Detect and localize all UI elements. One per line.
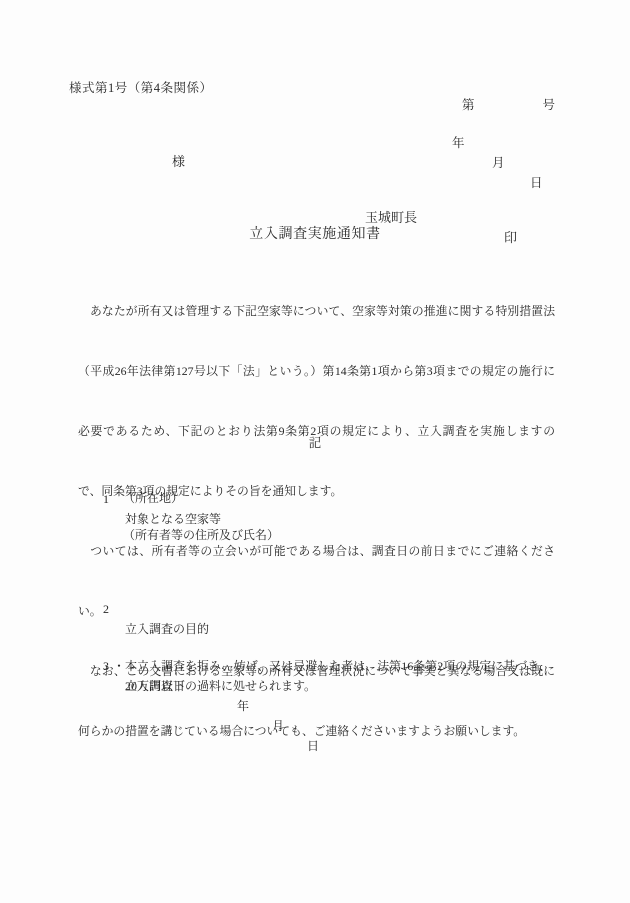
body-line: （平成26年法律第127号以下「法」という。）第14条第1項から第3項までの規定… bbox=[78, 361, 555, 381]
notice-document-page: 様式第1号（第4条関係） 第 号 年 月 日 様 玉城町長 印 立入調査実施通知… bbox=[0, 0, 630, 903]
item2-number: 2 bbox=[103, 599, 109, 619]
addressee-honorific: 様 bbox=[172, 152, 185, 172]
item2-row: 2 立入調査の目的 bbox=[0, 579, 630, 599]
date-month-label: 月 bbox=[492, 153, 505, 173]
document-number-prefix: 第 bbox=[462, 95, 475, 115]
form-number-label: 様式第1号（第4条関係） bbox=[69, 78, 213, 98]
penalty-note-line2: 20万円以下の過料に処せられます。 bbox=[125, 676, 316, 696]
sender-line: 玉城町長 印 bbox=[0, 188, 630, 208]
inspection-date-month-label: 月 bbox=[272, 716, 284, 736]
document-number-line: 第 号 bbox=[462, 95, 555, 115]
document-number-suffix: 号 bbox=[542, 95, 555, 115]
date-year-label: 年 bbox=[452, 133, 465, 153]
body-line: あなたが所有又は管理する下記空家等について、空家等対策の推進に関する特別措置法 bbox=[78, 301, 555, 321]
item1-owner-label: （所有者等の住所及び氏名） bbox=[123, 525, 279, 545]
item1-number: 1 bbox=[103, 489, 109, 509]
item1-row: 1 対象となる空家等 bbox=[0, 469, 630, 489]
document-title: 立入調査実施通知書 bbox=[0, 225, 630, 245]
record-marker: 記 bbox=[0, 433, 630, 453]
penalty-note-line1: ・本立入調査を拒み、妨げ、又は忌避した者は、法第16条第2項の規定に基づき、 bbox=[113, 656, 551, 676]
inspection-date-year-label: 年 bbox=[237, 696, 249, 716]
body-line: い。 bbox=[78, 601, 555, 621]
item3-row: 3 立入調査日 年 月 日 bbox=[0, 636, 630, 656]
item1-location-label: （所在地） bbox=[123, 488, 183, 508]
inspection-date-day-label: 日 bbox=[307, 736, 319, 756]
item3-number: 3 bbox=[103, 656, 109, 676]
date-line: 年 月 日 bbox=[452, 113, 555, 133]
